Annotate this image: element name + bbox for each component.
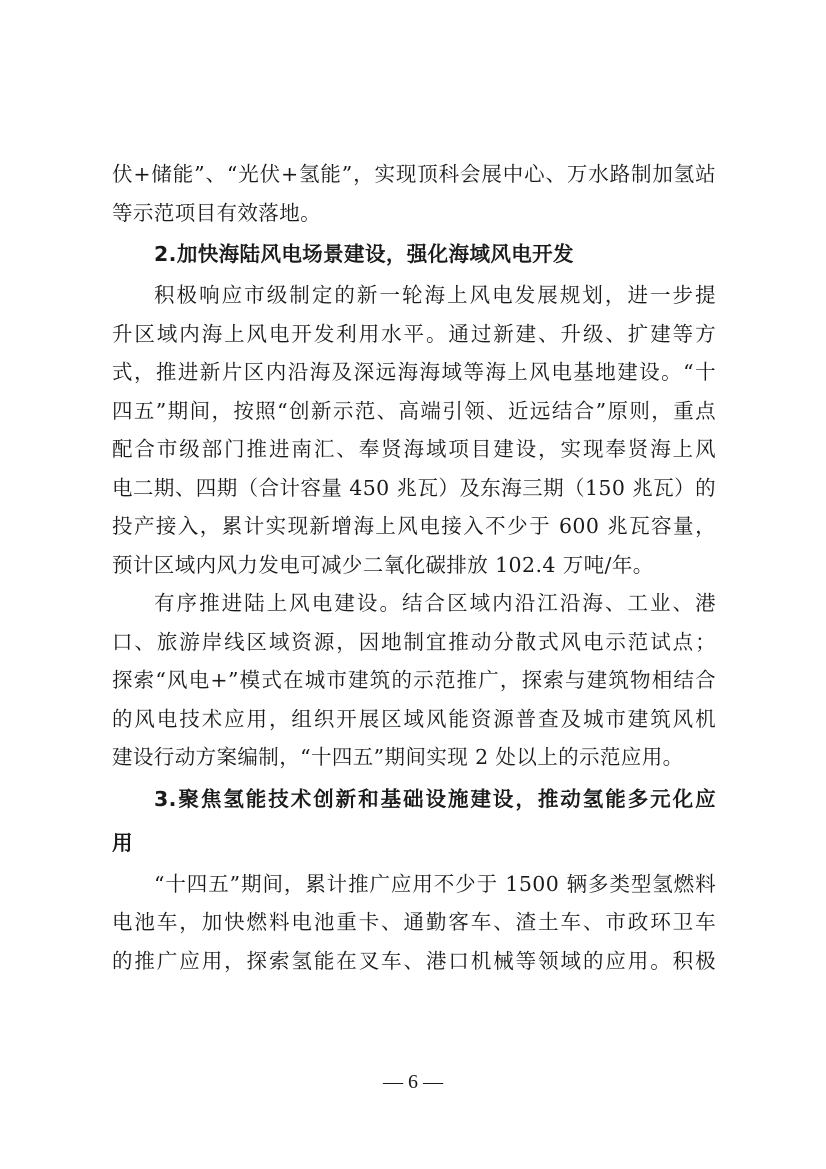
- text-line: 式，推进新片区内沿海及深远海海域等海上风电基地建设。“十: [112, 353, 716, 392]
- text-line: 建设行动方案编制，“十四五”期间实现 2 处以上的示范应用。: [112, 738, 716, 777]
- text-line: 四五”期间，按照“创新示范、高端引领、近远结合”原则，重点: [112, 392, 716, 431]
- text-line: 配合市级部门推进南汇、奉贤海域项目建设，实现奉贤海上风: [112, 430, 716, 469]
- heading-line: 用: [112, 821, 716, 865]
- text-line: 的推广应用，探索氢能在叉车、港口机械等领域的应用。积极: [112, 942, 716, 981]
- paragraph-hydrogen: “十四五”期间，累计推广应用不少于 1500 辆多类型氢燃料 电池车，加快燃料电…: [112, 865, 716, 981]
- section-heading-3: 3.聚焦氢能技术创新和基础设施建设，推动氢能多元化应 用: [112, 777, 716, 865]
- text-line: 投产接入，累计实现新增海上风电接入不少于 600 兆瓦容量，: [112, 507, 716, 546]
- text-line: 伏+储能”、“光伏+氢能”，实现顶科会展中心、万水路制加氢站: [112, 155, 716, 194]
- text-line: 探索“风电+”模式在城市建筑的示范推广，探索与建筑物相结合: [112, 661, 716, 700]
- text-line: 积极响应市级制定的新一轮海上风电发展规划，进一步提: [112, 276, 716, 315]
- heading-line: 3.聚焦氢能技术创新和基础设施建设，推动氢能多元化应: [112, 777, 716, 821]
- text-line: 的风电技术应用，组织开展区域风能资源普查及城市建筑风机: [112, 700, 716, 739]
- text-line: 口、旅游岸线区域资源，因地制宜推动分散式风电示范试点；: [112, 623, 716, 662]
- text-line: 预计区域内风力发电可减少二氧化碳排放 102.4 万吨/年。: [112, 546, 716, 585]
- paragraph-continuation: 伏+储能”、“光伏+氢能”，实现顶科会展中心、万水路制加氢站 等示范项目有效落地…: [112, 155, 716, 232]
- paragraph-offshore-wind: 积极响应市级制定的新一轮海上风电发展规划，进一步提 升区域内海上风电开发利用水平…: [112, 276, 716, 584]
- text-line: 升区域内海上风电开发利用水平。通过新建、升级、扩建等方: [112, 315, 716, 354]
- heading-line: 2.加快海陆风电场景建设，强化海域风电开发: [112, 232, 716, 276]
- page-number: — 6 —: [0, 1071, 826, 1094]
- text-line: 有序推进陆上风电建设。结合区域内沿江沿海、工业、港: [112, 584, 716, 623]
- paragraph-onshore-wind: 有序推进陆上风电建设。结合区域内沿江沿海、工业、港 口、旅游岸线区域资源，因地制…: [112, 584, 716, 777]
- text-line: 电二期、四期（合计容量 450 兆瓦）及东海三期（150 兆瓦）的: [112, 469, 716, 508]
- text-line: 电池车，加快燃料电池重卡、通勤客车、渣土车、市政环卫车: [112, 903, 716, 942]
- text-line: 等示范项目有效落地。: [112, 194, 716, 233]
- text-line: “十四五”期间，累计推广应用不少于 1500 辆多类型氢燃料: [112, 865, 716, 904]
- section-heading-2: 2.加快海陆风电场景建设，强化海域风电开发: [112, 232, 716, 276]
- document-page: 伏+储能”、“光伏+氢能”，实现顶科会展中心、万水路制加氢站 等示范项目有效落地…: [112, 155, 716, 980]
